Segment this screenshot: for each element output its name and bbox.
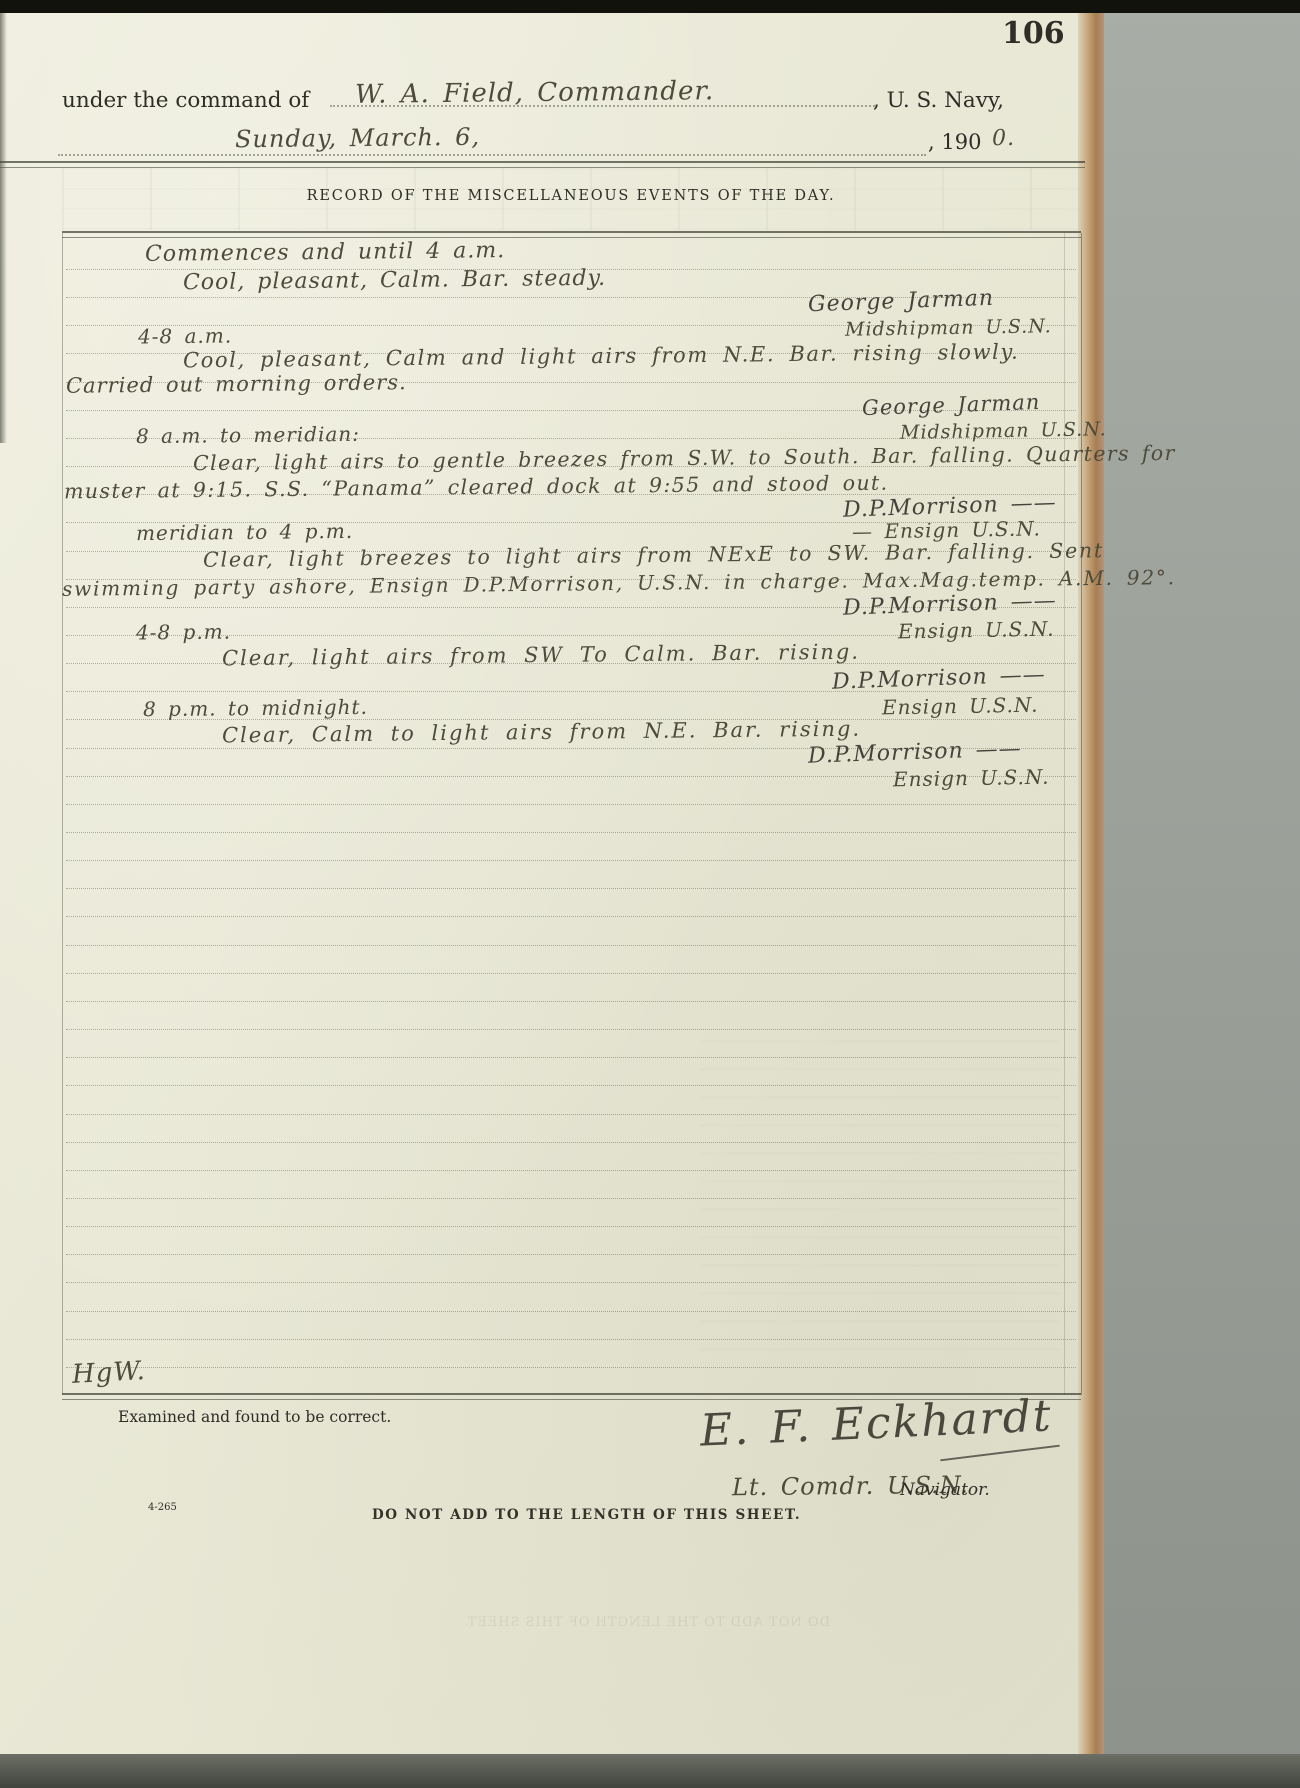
- ruled-line: [66, 860, 1076, 861]
- year-handwriting: 0.: [992, 126, 1015, 151]
- signature-rank: Ensign U.S.N.: [893, 765, 1050, 792]
- form-number: 4-265: [148, 1502, 177, 1513]
- logbook-scan: 106 under the command of W. A. Field, Co…: [0, 0, 1300, 1788]
- bleed-through-ghost-rows: [700, 1040, 1060, 1370]
- examined-label: Examined and found to be correct.: [118, 1408, 391, 1426]
- log-entry-line: Cool, pleasant, Calm. Bar. steady.: [183, 266, 606, 295]
- watch-period-heading: 8 p.m. to midnight.: [143, 695, 368, 721]
- navy-suffix-label: , U. S. Navy,: [873, 88, 1004, 113]
- navigator-rank-label: Navigator.: [900, 1480, 990, 1500]
- ruled-line: [66, 888, 1076, 889]
- watch-period-heading: 4-8 p.m.: [136, 620, 231, 645]
- watch-period-heading: Commences and until 4 a.m.: [145, 238, 505, 267]
- log-entry-line: Carried out morning orders.: [66, 370, 407, 398]
- ruled-line: [66, 1001, 1076, 1002]
- footer-warning: DO NOT ADD TO THE LENGTH OF THIS SHEET.: [372, 1507, 801, 1523]
- ruled-line: [66, 832, 1076, 833]
- watch-period-heading: 8 a.m. to meridian:: [136, 422, 360, 448]
- signature-rank: Midshipman U.S.N.: [845, 315, 1052, 341]
- ruled-line: [66, 916, 1076, 917]
- photo-top-shadow: [0, 0, 1300, 13]
- box-inner-border: [1064, 233, 1065, 1395]
- ruled-line: [66, 973, 1076, 974]
- date-handwriting: Sunday, March. 6,: [235, 123, 480, 154]
- ruled-line: [66, 1029, 1076, 1030]
- watch-period-heading: meridian to 4 p.m.: [136, 519, 353, 545]
- photo-bottom-shadow: [0, 1754, 1300, 1788]
- bleed-through-text: DO NOT ADD TO THE LENGTH OF THIS SHEET.: [470, 1615, 830, 1630]
- initials-mark: HgW.: [71, 1356, 146, 1390]
- ruled-line: [66, 804, 1076, 805]
- commander-name-handwriting: W. A. Field, Commander.: [355, 76, 715, 110]
- signature-rank: Midshipman U.S.N.: [900, 418, 1107, 444]
- header-rule: [0, 161, 1085, 168]
- ruled-line: [66, 945, 1076, 946]
- command-prefix-label: under the command of: [62, 88, 309, 113]
- page-number: 106: [1002, 16, 1065, 51]
- date-underline: [58, 152, 926, 156]
- page-left-shadow: [0, 13, 7, 443]
- section-title: RECORD OF THE MISCELLANEOUS EVENTS OF TH…: [62, 188, 1080, 204]
- year-printed-label: , 190: [928, 130, 981, 154]
- watch-period-heading: 4-8 a.m.: [138, 324, 232, 349]
- signature-rank: Ensign U.S.N.: [898, 617, 1055, 644]
- signature-rank: Ensign U.S.N.: [882, 693, 1039, 720]
